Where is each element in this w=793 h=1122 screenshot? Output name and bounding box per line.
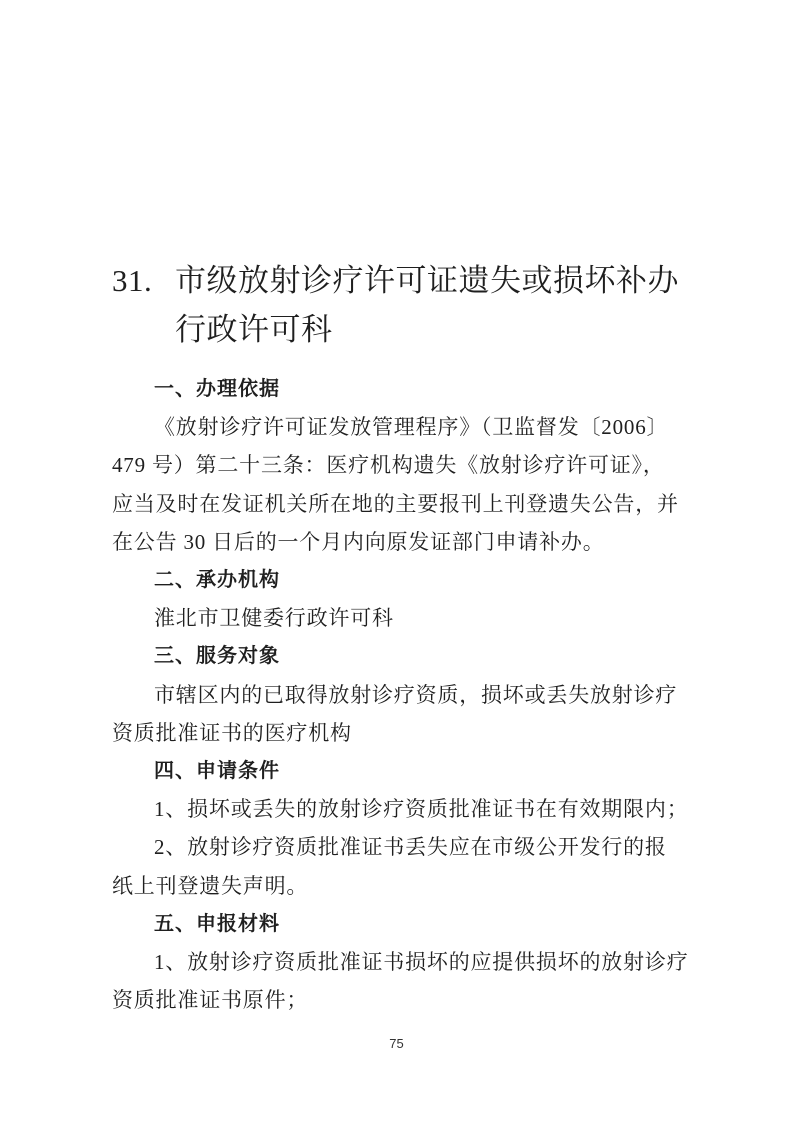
- section-heading: 一、办理依据: [112, 370, 684, 408]
- title-text-line1: 市级放射诊疗许可证遗失或损坏补办: [175, 256, 679, 305]
- body-line: 淮北市卫健委行政许可科: [112, 599, 684, 637]
- page-footer: 75: [0, 1036, 793, 1051]
- section-heading: 三、服务对象: [112, 637, 684, 675]
- body-line: 1、损坏或丢失的放射诊疗资质批准证书在有效期限内；: [112, 790, 684, 828]
- body-line: 资质批准证书的医疗机构: [112, 714, 684, 752]
- body-line: 纸上刊登遗失声明。: [112, 867, 684, 905]
- section-heading: 五、申报材料: [112, 905, 684, 943]
- page-title: 31. 市级放射诊疗许可证遗失或损坏补办 行政许可科: [112, 256, 684, 354]
- body-line: 《放射诊疗许可证发放管理程序》（卫监督发〔2006〕: [112, 408, 684, 446]
- page-title-line1: 31. 市级放射诊疗许可证遗失或损坏补办: [112, 256, 684, 305]
- body-line: 资质批准证书原件；: [112, 981, 684, 1019]
- document-body: 一、办理依据《放射诊疗许可证发放管理程序》（卫监督发〔2006〕479 号）第二…: [112, 370, 684, 1019]
- body-line: 应当及时在发证机关所在地的主要报刊上刊登遗失公告，并: [112, 485, 684, 523]
- footer-page-number: 75: [389, 1036, 403, 1051]
- section-heading: 四、申请条件: [112, 752, 684, 790]
- document-page: 31. 市级放射诊疗许可证遗失或损坏补办 行政许可科 一、办理依据《放射诊疗许可…: [0, 0, 793, 1122]
- body-line: 在公告 30 日后的一个月内向原发证部门申请补办。: [112, 523, 684, 561]
- body-line: 2、放射诊疗资质批准证书丢失应在市级公开发行的报: [112, 828, 684, 866]
- title-index-number: 31.: [112, 256, 175, 305]
- section-heading: 二、承办机构: [112, 561, 684, 599]
- title-text-line2: 行政许可科: [112, 305, 684, 354]
- body-line: 1、放射诊疗资质批准证书损坏的应提供损坏的放射诊疗: [112, 943, 684, 981]
- body-line: 479 号）第二十三条：医疗机构遗失《放射诊疗许可证》，: [112, 446, 684, 484]
- body-line: 市辖区内的已取得放射诊疗资质，损坏或丢失放射诊疗: [112, 676, 684, 714]
